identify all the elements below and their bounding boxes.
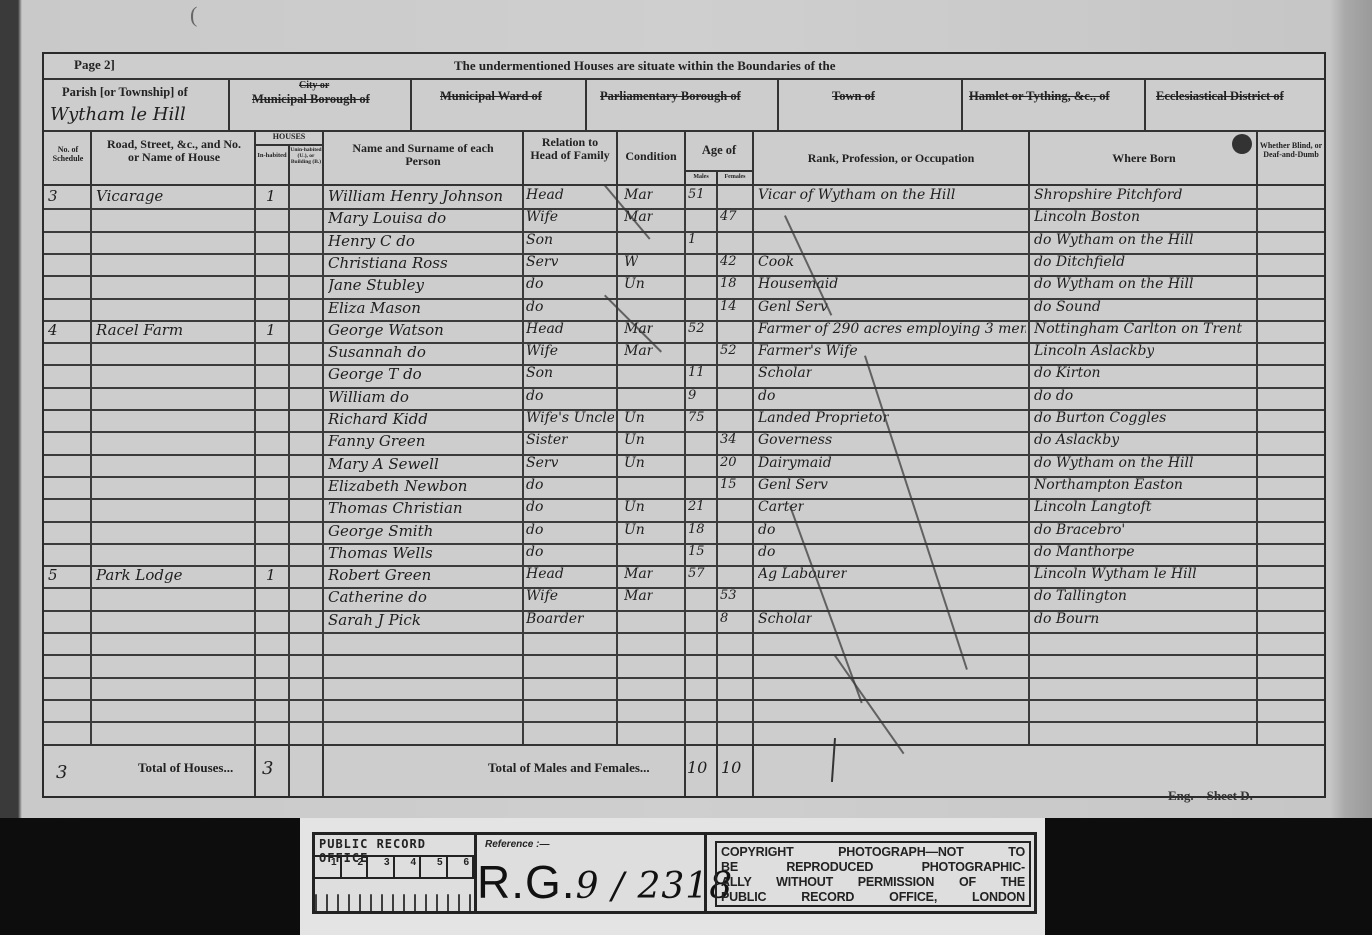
person-name: Susannah do: [328, 343, 426, 361]
relation: Son: [526, 365, 553, 381]
condition: Mar: [624, 187, 653, 203]
birthplace: do Manthorpe: [1034, 544, 1135, 560]
birthplace: Nottingham Carlton on Trent: [1034, 321, 1242, 337]
male-age: 57: [688, 566, 705, 581]
occupation: do: [758, 388, 775, 404]
birthplace: do Tallington: [1034, 588, 1127, 604]
total-houses-label: Total of Houses...: [138, 760, 233, 776]
table-row: Thomas Wellsdo15dodo Manthorpe: [44, 543, 1324, 565]
relation: do: [526, 276, 543, 292]
public-record-office-stamp: PUBLIC RECORD OFFICE 1 2 3 4 5 6 Referen…: [300, 818, 1045, 935]
male-age: 21: [688, 499, 705, 514]
boundary-municipal-ward: Municipal Ward of: [440, 90, 542, 104]
condition: Un: [624, 455, 645, 471]
col-name: Name and Surname of each Person: [340, 142, 506, 168]
total-houses-value: 3: [262, 758, 273, 779]
birthplace: Northampton Easton: [1034, 477, 1183, 493]
female-age: 8: [720, 611, 728, 626]
house-name: Vicarage: [96, 187, 163, 205]
relation: do: [526, 544, 543, 560]
birthplace: do Kirton: [1034, 365, 1101, 381]
col-condition: Condition: [618, 150, 684, 163]
condition: Un: [624, 276, 645, 292]
total-schedules: 3: [56, 762, 67, 783]
col-relation: Relation to Head of Family: [528, 136, 612, 162]
schedule-number: 4: [48, 321, 58, 339]
occupation: Genl Serv: [758, 477, 828, 493]
occupation: Carter: [758, 499, 804, 515]
female-age: 15: [720, 477, 737, 492]
occupation: Genl Serv: [758, 299, 828, 315]
census-entries: 3Vicarage1William Henry JohnsonHeadMar51…: [44, 186, 1324, 744]
relation: Sister: [526, 432, 568, 448]
table-row: George T doSon11Scholardo Kirton: [44, 364, 1324, 386]
birthplace: Lincoln Aslackby: [1034, 343, 1154, 359]
occupation: Scholar: [758, 611, 812, 627]
inhabited-count: 1: [266, 566, 276, 584]
occupation: Landed Proprietor: [758, 410, 889, 426]
birthplace: do do: [1034, 388, 1073, 404]
row-rule: [44, 677, 1324, 679]
col-schedule: No. of Schedule: [46, 146, 90, 164]
birthplace: do Ditchfield: [1034, 254, 1125, 270]
female-age: 18: [720, 276, 737, 291]
condition: Un: [624, 432, 645, 448]
relation: Wife: [526, 588, 558, 604]
female-age: 14: [720, 299, 737, 314]
condition: Un: [624, 522, 645, 538]
person-name: George Watson: [328, 321, 444, 339]
relation: Head: [526, 566, 564, 582]
birthplace: do Sound: [1034, 299, 1101, 315]
relation: Head: [526, 187, 564, 203]
row-rule: [44, 632, 1324, 634]
person-name: Jane Stubley: [328, 276, 424, 294]
birthplace: Shropshire Pitchford: [1034, 187, 1182, 203]
row-rule: [44, 699, 1324, 701]
schedule-number: 3: [48, 187, 58, 205]
form-footer: Eng.—Sheet D.: [1168, 788, 1253, 804]
total-females: 10: [721, 758, 741, 777]
table-row: Thomas ChristiandoUn21CarterLincoln Lang…: [44, 498, 1324, 520]
relation: Wife: [526, 209, 558, 225]
table-row: Catherine doWifeMar53do Tallington: [44, 587, 1324, 609]
person-name: Robert Green: [328, 566, 431, 584]
title-row: Page 2] The undermentioned Houses are si…: [44, 54, 1324, 80]
pencil-check-mark: [831, 738, 836, 782]
female-age: 42: [720, 254, 737, 269]
person-name: William Henry Johnson: [328, 187, 503, 205]
occupation: do: [758, 522, 775, 538]
relation: do: [526, 299, 543, 315]
inhabited-count: 1: [266, 321, 276, 339]
person-name: Mary A Sewell: [328, 455, 439, 473]
col-occupation: Rank, Profession, or Occupation: [756, 152, 1026, 165]
table-row: Susannah doWifeMar52Farmer's WifeLincoln…: [44, 342, 1324, 364]
total-persons-label: Total of Males and Females...: [488, 760, 650, 776]
birthplace: Lincoln Wytham le Hill: [1034, 566, 1197, 582]
pencil-margin-mark: (: [190, 2, 197, 28]
table-row: Mary Louisa doWifeMar47Lincoln Boston: [44, 208, 1324, 230]
female-age: 47: [720, 209, 737, 224]
reference-box: Reference :— R.G.9 / 2318: [477, 835, 707, 911]
parish-value: Wytham le Hill: [50, 104, 186, 125]
boundary-hamlet: Hamlet or Tything, &c., of: [969, 90, 1110, 104]
ink-blot: [1232, 134, 1252, 154]
col-houses: HOUSES: [256, 133, 322, 142]
occupation: Farmer of 290 acres employing 3 men and …: [758, 321, 1026, 337]
person-name: Christiana Ross: [328, 254, 448, 272]
relation: Wife's Uncle: [526, 410, 614, 426]
total-males: 10: [687, 758, 707, 777]
table-row: Elizabeth Newbondo15Genl ServNorthampton…: [44, 476, 1324, 498]
occupation: do: [758, 544, 775, 560]
occupation: Ag Labourer: [758, 566, 847, 582]
inhabited-count: 1: [266, 187, 276, 205]
row-rule: [44, 654, 1324, 656]
relation: do: [526, 522, 543, 538]
person-name: William do: [328, 388, 409, 406]
birthplace: Lincoln Langtoft: [1034, 499, 1152, 515]
relation: Serv: [526, 455, 558, 471]
table-row: 5Park Lodge1Robert GreenHeadMar57Ag Labo…: [44, 565, 1324, 587]
occupation: Governess: [758, 432, 832, 448]
male-age: 11: [688, 365, 705, 380]
reference-value: R.G.9 / 2318: [477, 855, 733, 909]
census-photograph: ( Page 2] The undermentioned Houses are …: [0, 0, 1372, 818]
person-name: Fanny Green: [328, 432, 425, 450]
female-age: 34: [720, 432, 737, 447]
row-rule: [44, 721, 1324, 723]
pencil-tally-stroke: [834, 655, 904, 754]
female-age: 52: [720, 343, 737, 358]
condition: Mar: [624, 343, 653, 359]
birthplace: do Bracebro': [1034, 522, 1125, 538]
table-row: Eliza Masondo14Genl Servdo Sound: [44, 298, 1324, 320]
schedule-number: 5: [48, 566, 58, 584]
birthplace: do Wytham on the Hill: [1034, 276, 1193, 292]
boundaries-row: Parish [or Township] of Wytham le Hill C…: [44, 80, 1324, 132]
person-name: Richard Kidd: [328, 410, 428, 428]
relation: do: [526, 388, 543, 404]
occupation: Cook: [758, 254, 794, 270]
table-row: Christiana RossServW42Cookdo Ditchfield: [44, 253, 1324, 275]
condition: Un: [624, 410, 645, 426]
birthplace: do Wytham on the Hill: [1034, 232, 1193, 248]
condition: Un: [624, 499, 645, 515]
totals-row: 3 Total of Houses... 3 Total of Males an…: [44, 744, 1324, 796]
house-name: Park Lodge: [96, 566, 182, 584]
reference-prefix: R.G.: [477, 856, 576, 908]
table-row: Henry C doSon1do Wytham on the Hill: [44, 231, 1324, 253]
table-row: 4Racel Farm1George WatsonHeadMar52Farmer…: [44, 320, 1324, 342]
relation: Boarder: [526, 611, 584, 627]
condition: W: [624, 254, 638, 270]
table-row: Fanny GreenSisterUn34Governessdo Aslackb…: [44, 431, 1324, 453]
ruler-numbers: 1 2 3 4 5 6: [315, 855, 474, 879]
person-name: George Smith: [328, 522, 433, 540]
occupation: Farmer's Wife: [758, 343, 858, 359]
occupation: Vicar of Wytham on the Hill: [758, 187, 955, 203]
col-age: Age of: [686, 144, 752, 158]
boundary-town: Town of: [832, 90, 875, 104]
col-blind: Whether Blind, or Deaf-and-Dumb: [1258, 142, 1324, 160]
reference-number: 9 / 2318: [576, 866, 734, 907]
col-road: Road, Street, &c., and No. or Name of Ho…: [106, 138, 242, 164]
birthplace: do Aslackby: [1034, 432, 1119, 448]
reference-label: Reference :—: [485, 839, 549, 850]
person-name: Sarah J Pick: [328, 611, 421, 629]
person-name: Mary Louisa do: [328, 209, 446, 227]
col-where-born: Where Born: [1034, 152, 1254, 165]
person-name: Eliza Mason: [328, 299, 421, 317]
house-name: Racel Farm: [96, 321, 183, 339]
relation: do: [526, 499, 543, 515]
boundary-ecclesiastical: Ecclesiastical District of: [1156, 90, 1284, 104]
stamp-frame: PUBLIC RECORD OFFICE 1 2 3 4 5 6 Referen…: [312, 832, 1037, 914]
occupation: Housemaid: [758, 276, 838, 292]
boundary-parliamentary-borough: Parliamentary Borough of: [600, 90, 741, 104]
condition: Mar: [624, 588, 653, 604]
person-name: Thomas Wells: [328, 544, 433, 562]
male-age: 1: [688, 232, 696, 247]
table-row: Richard KiddWife's UncleUn75Landed Propr…: [44, 409, 1324, 431]
relation: Head: [526, 321, 564, 337]
female-age: 20: [720, 455, 737, 470]
col-uninhabited: Unin-habited (U.), or Building (B.): [290, 147, 322, 165]
person-name: Thomas Christian: [328, 499, 463, 517]
boundary-title: The undermentioned Houses are situate wi…: [454, 59, 835, 73]
person-name: Catherine do: [328, 588, 427, 606]
male-age: 75: [688, 410, 705, 425]
birthplace: do Burton Coggles: [1034, 410, 1166, 426]
male-age: 15: [688, 544, 705, 559]
birthplace: Lincoln Boston: [1034, 209, 1140, 225]
relation: Son: [526, 232, 553, 248]
page-label: Page 2]: [74, 58, 115, 72]
relation: Wife: [526, 343, 558, 359]
birthplace: do Bourn: [1034, 611, 1099, 627]
census-sheet: Page 2] The undermentioned Houses are si…: [42, 52, 1326, 798]
male-age: 18: [688, 522, 705, 537]
table-row: George SmithdoUn18dodo Bracebro': [44, 521, 1324, 543]
col-inhabited: In-habited: [256, 152, 288, 159]
table-row: William dodo9dodo do: [44, 387, 1324, 409]
col-males: Males: [686, 174, 716, 181]
table-row: 3Vicarage1William Henry JohnsonHeadMar51…: [44, 186, 1324, 208]
relation: Serv: [526, 254, 558, 270]
condition: Mar: [624, 566, 653, 582]
male-age: 52: [688, 321, 705, 336]
person-name: Henry C do: [328, 232, 415, 250]
col-females: Females: [718, 174, 752, 181]
person-name: Elizabeth Newbon: [328, 477, 467, 495]
occupation: Scholar: [758, 365, 812, 381]
table-row: Mary A SewellServUn20Dairymaiddo Wytham …: [44, 454, 1324, 476]
relation: do: [526, 477, 543, 493]
table-row: Sarah J PickBoarder8Scholardo Bourn: [44, 610, 1324, 632]
person-name: George T do: [328, 365, 422, 383]
ruler-scale: PUBLIC RECORD OFFICE 1 2 3 4 5 6: [315, 835, 477, 911]
male-age: 51: [688, 187, 705, 202]
ruler-ticks: [315, 883, 474, 911]
birthplace: do Wytham on the Hill: [1034, 455, 1193, 471]
occupation: Dairymaid: [758, 455, 832, 471]
male-age: 9: [688, 388, 696, 403]
copyright-notice: COPYRIGHT PHOTOGRAPH—NOT TO BE REPRODUCE…: [715, 841, 1031, 907]
column-header-row: No. of Schedule Road, Street, &c., and N…: [44, 132, 1324, 186]
table-row: Jane StubleydoUn18Housemaiddo Wytham on …: [44, 275, 1324, 297]
female-age: 53: [720, 588, 737, 603]
